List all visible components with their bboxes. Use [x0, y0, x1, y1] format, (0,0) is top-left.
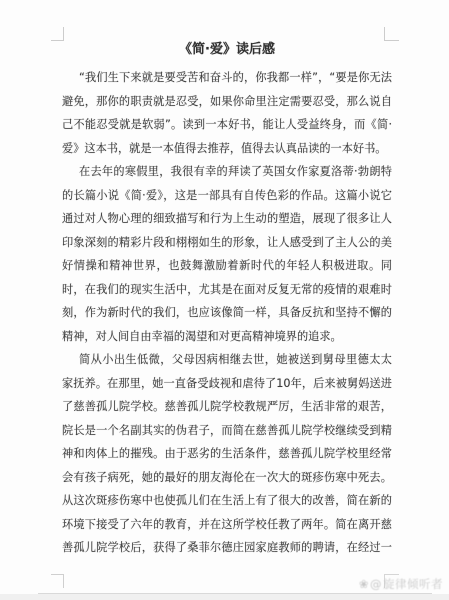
crop-mark-bottom-left: [51, 574, 64, 588]
document-page: 《简·爱》读后感 “我们生下来就是要受苦和奋斗的，你我都一样”，“要是你无法避免…: [0, 0, 449, 600]
text-line: 在去年的寒假里，我很有幸的拜读了英国女作家夏洛蒂·勃朗特: [62, 160, 392, 184]
text-line: 家抚养。在那里，她一直备受歧视和虐待了10年，后来被舅妈送进: [62, 372, 392, 396]
text-line: 会有孩子病死，她的最好的朋友海伦在一次大的斑疹伤寒中死去。: [62, 466, 392, 490]
document-body: 《简·爱》读后感 “我们生下来就是要受苦和奋斗的，你我都一样”，“要是你无法避免…: [62, 38, 392, 560]
text-line: 精神，对人间自由幸福的渴望和对更高精神境界的追求。: [62, 325, 392, 349]
text-line: 善孤儿院学校后，获得了桑菲尔德庄园家庭教师的聘请，在经过一: [62, 536, 392, 560]
text-line: 刻，作为新时代的我们，也应该像简一样，具备反抗和坚持不懈的: [62, 301, 392, 325]
text-line: 通过对人物心理的细致描写和行为上生动的塑造，展现了很多让人: [62, 207, 392, 231]
text-line: 己不能忍受就是软弱”。读到一本好书，能让人受益终身，而《简·: [62, 113, 392, 137]
watermark: ❀@旋律倾听者: [359, 576, 443, 592]
text-line: 时，在我们的现实生活中，尤其是在面对反复无常的疫情的艰难时: [62, 278, 392, 302]
text-line: 简从小出生低微，父母因病相继去世，她被送到舅母里德太太: [62, 348, 392, 372]
text-line: 印象深刻的精彩片段和栩栩如生的形象，让人感受到了主人公的美: [62, 231, 392, 255]
paragraph: 简从小出生低微，父母因病相继去世，她被送到舅母里德太太家抚养。在那里，她一直备受…: [62, 348, 392, 560]
text-line: 爱》这本书，就是一本值得去推荐，值得去认真品读的一本好书。: [62, 137, 392, 161]
paragraphs-container: “我们生下来就是要受苦和奋斗的，你我都一样”，“要是你无法避免，那你的职责就是忍…: [62, 66, 392, 560]
document-title: 《简·爱》读后感: [62, 38, 392, 62]
text-line: 的长篇小说《简·爱》，这是一部具有自传色彩的作品。这篇小说它: [62, 184, 392, 208]
text-line: 环境下接受了六年的教育，并在这所学校任教了两年。简在离开慈: [62, 513, 392, 537]
flower-icon: ❀: [359, 577, 369, 591]
paragraph: 在去年的寒假里，我很有幸的拜读了英国女作家夏洛蒂·勃朗特的长篇小说《简·爱》，这…: [62, 160, 392, 348]
page-background-strip: [0, 594, 449, 600]
text-line: “我们生下来就是要受苦和奋斗的，你我都一样”，“要是你无法: [62, 66, 392, 90]
text-line: 避免，那你的职责就是忍受，如果你命里注定需要忍受，那么说自: [62, 90, 392, 114]
text-line: 院长是一个名副其实的伪君子，而简在慈善孤儿院学校继续受到精: [62, 419, 392, 443]
paragraph: “我们生下来就是要受苦和奋斗的，你我都一样”，“要是你无法避免，那你的职责就是忍…: [62, 66, 392, 160]
watermark-text: 旋律倾听者: [383, 577, 443, 591]
text-line: 好情操和精神世界，也鼓舞激励着新时代的年轻人积极进取。同: [62, 254, 392, 278]
text-line: 神和肉体上的摧残。由于恶劣的生活条件，慈善孤儿院学校里经常: [62, 442, 392, 466]
text-line: 从这次斑疹伤寒中也使孤儿们在生活上有了很大的改善，简在新的: [62, 489, 392, 513]
at-icon: @: [370, 577, 382, 591]
text-line: 了慈善孤儿院学校。慈善孤儿院学校教规严厉，生活非常的艰苦，: [62, 395, 392, 419]
